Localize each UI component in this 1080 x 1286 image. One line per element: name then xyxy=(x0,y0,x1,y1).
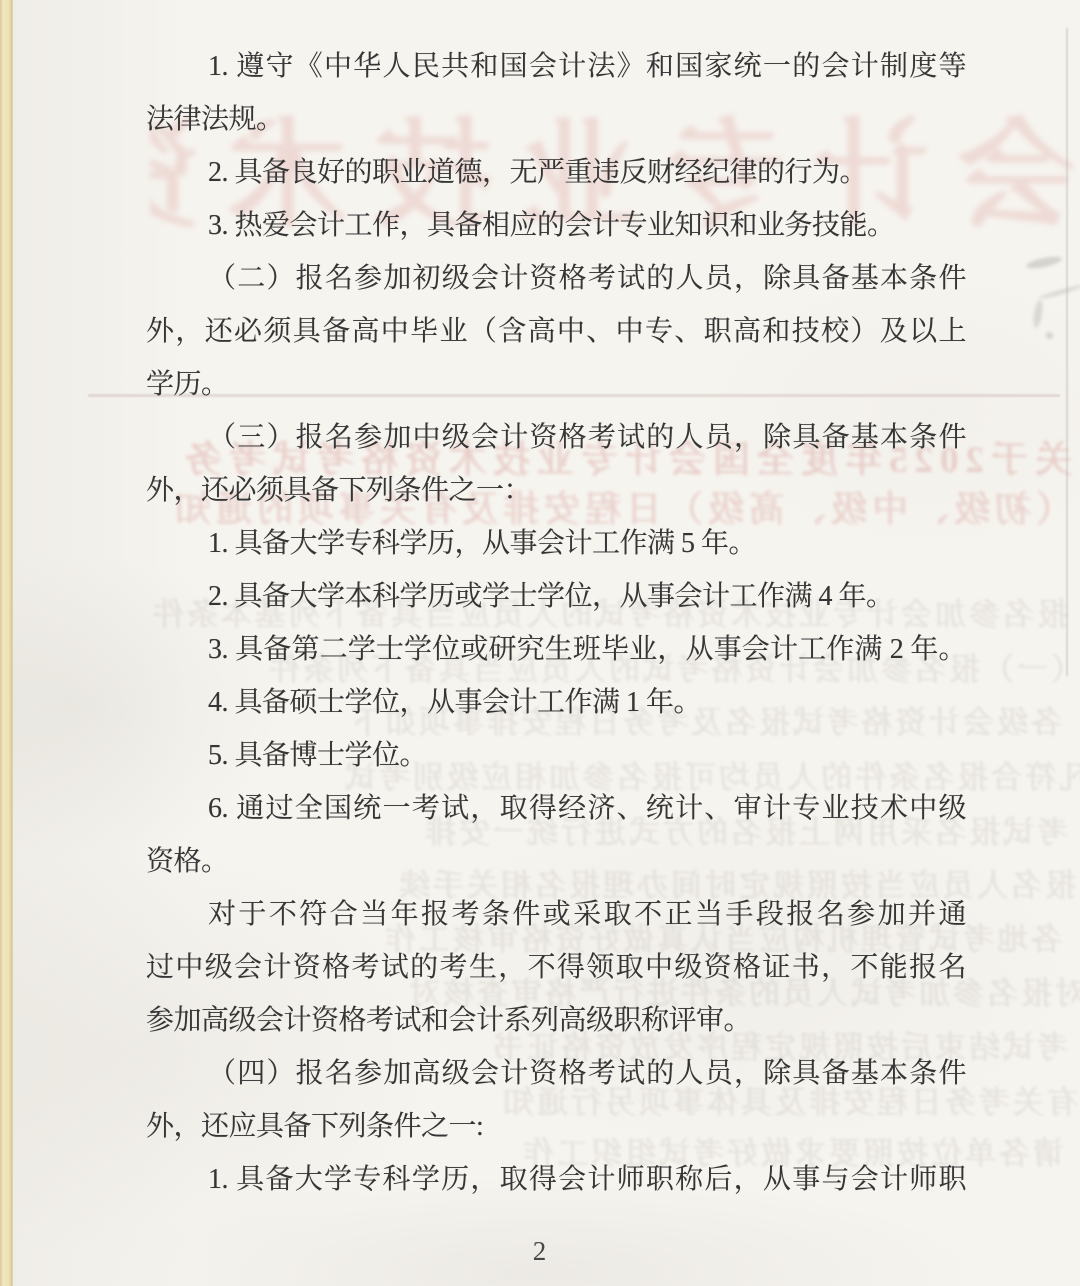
document-line: 过中级会计资格考试的考生，不得领取中级资格证书，不能报名 xyxy=(146,941,966,994)
scanner-streak-line xyxy=(1066,28,1068,676)
document-line: 参加高级会计资格考试和会计系列高级职称评审。 xyxy=(146,994,966,1047)
document-body: 1. 遵守《中华人民共和国会计法》和国家统一的会计制度等 法律法规。 2. 具备… xyxy=(146,40,966,1206)
pencil-smudge xyxy=(1046,332,1053,339)
page-number: 2 xyxy=(0,1236,1080,1267)
document-line: 资格。 xyxy=(146,835,966,888)
document-line: 1. 具备大学专科学历，取得会计师职称后，从事与会计师职 xyxy=(146,1153,966,1206)
document-line: （四）报名参加高级会计资格考试的人员，除具备基本条件 xyxy=(146,1047,966,1100)
pencil-smudge xyxy=(1025,254,1062,270)
document-line: 5. 具备博士学位。 xyxy=(146,729,966,782)
document-line: （三）报名参加中级会计资格考试的人员，除具备基本条件 xyxy=(146,411,966,464)
document-line: 3. 具备第二学士学位或研究生班毕业，从事会计工作满 2 年。 xyxy=(146,623,966,676)
pencil-smudge xyxy=(1032,300,1044,329)
document-line: （二）报名参加初级会计资格考试的人员，除具备基本条件 xyxy=(146,252,966,305)
document-line: 4. 具备硕士学位，从事会计工作满 1 年。 xyxy=(146,676,966,729)
scan-edge-strip xyxy=(0,0,13,1286)
document-line: 外，还必须具备高中毕业（含高中、中专、职高和技校）及以上 xyxy=(146,305,966,358)
document-line: 对于不符合当年报考条件或采取不正当手段报名参加并通 xyxy=(146,888,966,941)
document-line: 外，还应具备下列条件之一: xyxy=(146,1100,966,1153)
scanned-document-page: 会计专业技术资格考试通知 关于2025年度全国会计专业技术资格考试考务 （初级、… xyxy=(0,0,1080,1286)
document-line: 法律法规。 xyxy=(146,93,966,146)
pencil-smudge xyxy=(1038,284,1080,301)
document-line: 2. 具备大学本科学历或学士学位，从事会计工作满 4 年。 xyxy=(146,570,966,623)
document-line: 1. 具备大学专科学历，从事会计工作满 5 年。 xyxy=(146,517,966,570)
document-line: 外，还必须具备下列条件之一： xyxy=(146,464,966,517)
document-line: 1. 遵守《中华人民共和国会计法》和国家统一的会计制度等 xyxy=(146,40,966,93)
document-line: 学历。 xyxy=(146,358,966,411)
document-line: 3. 热爱会计工作，具备相应的会计专业知识和业务技能。 xyxy=(146,199,966,252)
document-line: 2. 具备良好的职业道德，无严重违反财经纪律的行为。 xyxy=(146,146,966,199)
document-line: 6. 通过全国统一考试，取得经济、统计、审计专业技术中级 xyxy=(146,782,966,835)
